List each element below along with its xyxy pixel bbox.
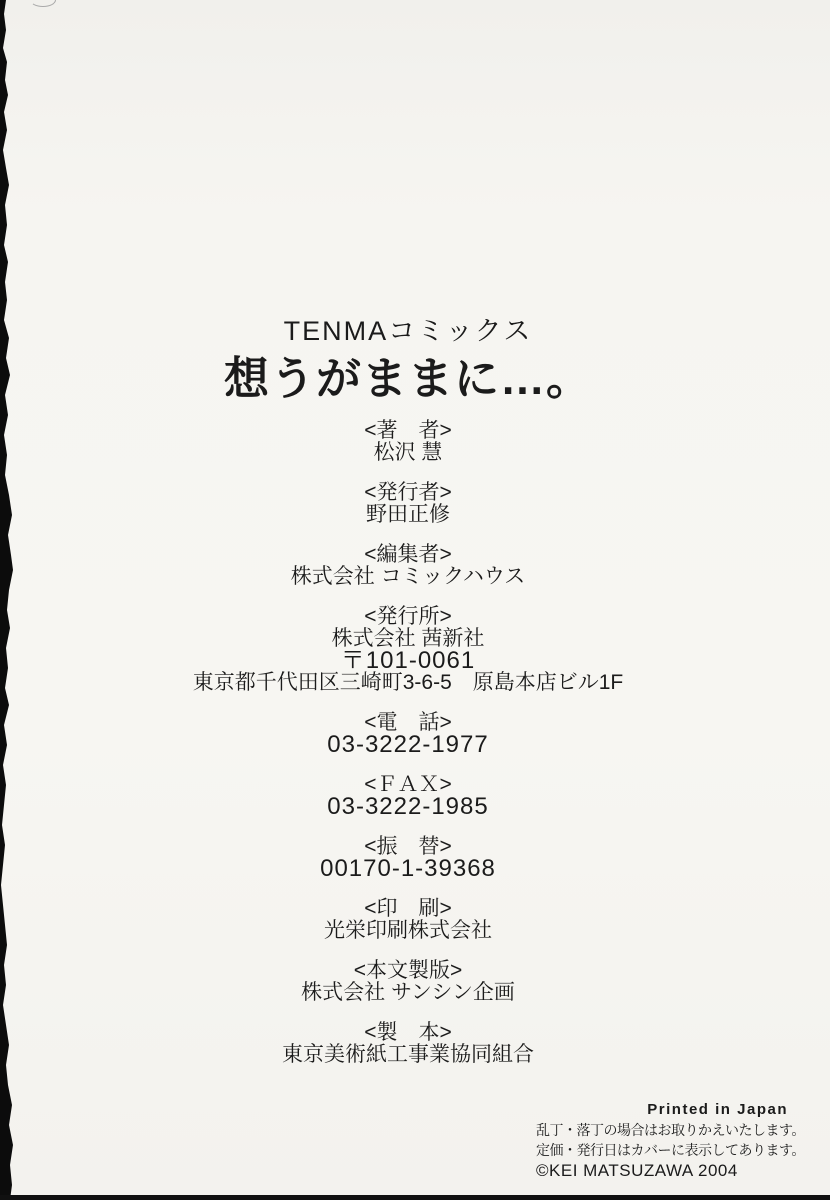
colophon-section: <製 本>東京美術紙工事業協同組合	[0, 1022, 816, 1066]
colophon-page: TENMAコミックス 想うがままに…。 <著 者>松沢 慧<発行者>野田正修<編…	[0, 0, 830, 1200]
section-line: 03-3222-1977	[0, 734, 816, 756]
section-line: 〒101-0061	[0, 650, 816, 672]
section-line: 東京美術紙工事業協同組合	[0, 1044, 816, 1066]
footer-notice-line: 乱丁・落丁の場合はお取りかえいたします。	[536, 1120, 788, 1140]
section-label: <発行者>	[0, 482, 816, 504]
colophon-section: <著 者>松沢 慧	[0, 420, 816, 464]
colophon-content: TENMAコミックス 想うがままに…。 <著 者>松沢 慧<発行者>野田正修<編…	[0, 0, 816, 1084]
colophon-sections: <著 者>松沢 慧<発行者>野田正修<編集者>株式会社 コミックハウス<発行所>…	[0, 420, 816, 1066]
colophon-section: <本文製版>株式会社 サンシン企画	[0, 960, 816, 1004]
section-label: <印 刷>	[0, 898, 816, 920]
copyright-line: ©KEI MATSUZAWA 2004	[536, 1160, 788, 1181]
printed-in-japan-label: Printed in Japan	[536, 1100, 788, 1120]
section-line: 光栄印刷株式会社	[0, 920, 816, 942]
section-label: <編集者>	[0, 544, 816, 566]
colophon-section: <振 替>00170-1-39368	[0, 836, 816, 880]
colophon-section: <ＦＡＸ>03-3222-1985	[0, 774, 816, 818]
section-label: <発行所>	[0, 606, 816, 628]
colophon-section: <印 刷>光栄印刷株式会社	[0, 898, 816, 942]
section-line: 東京都千代田区三崎町3-6-5 原島本店ビル1F	[0, 672, 816, 694]
section-line: 松沢 慧	[0, 442, 816, 464]
section-line: 03-3222-1985	[0, 796, 816, 818]
colophon-section: <電 話>03-3222-1977	[0, 712, 816, 756]
colophon-section: <編集者>株式会社 コミックハウス	[0, 544, 816, 588]
section-label: <本文製版>	[0, 960, 816, 982]
series-name: TENMAコミックス	[0, 316, 816, 346]
colophon-section: <発行者>野田正修	[0, 482, 816, 526]
section-label: <著 者>	[0, 420, 816, 442]
footer-notices: 乱丁・落丁の場合はお取りかえいたします。定価・発行日はカバーに表示してあります。	[536, 1120, 788, 1160]
footer-notice-line: 定価・発行日はカバーに表示してあります。	[536, 1140, 788, 1160]
section-line: 野田正修	[0, 504, 816, 526]
section-line: 株式会社 コミックハウス	[0, 566, 816, 588]
page-bottom-edge	[0, 1195, 830, 1200]
book-title: 想うがままに…。	[0, 354, 816, 404]
section-line: 00170-1-39368	[0, 858, 816, 880]
section-line: 株式会社 サンシン企画	[0, 982, 816, 1004]
footer-block: Printed in Japan 乱丁・落丁の場合はお取りかえいたします。定価・…	[536, 1100, 788, 1181]
section-label: <製 本>	[0, 1022, 816, 1044]
colophon-section: <発行所>株式会社 茜新社〒101-0061東京都千代田区三崎町3-6-5 原島…	[0, 606, 816, 694]
